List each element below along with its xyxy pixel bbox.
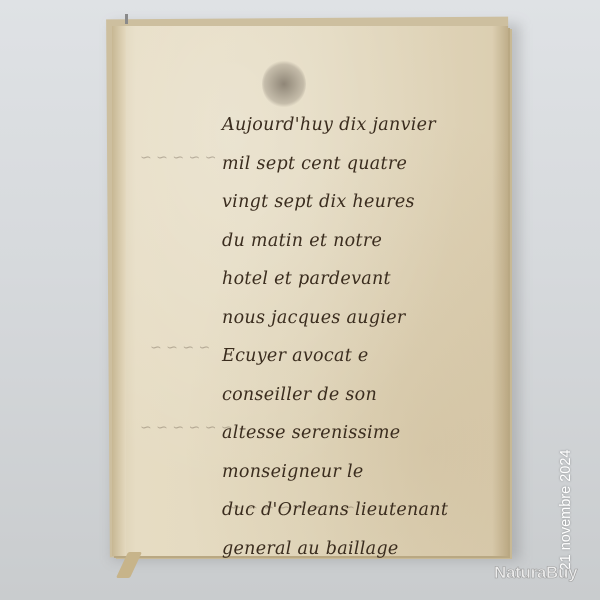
manuscript-line: du matin et notre: [222, 222, 512, 261]
manuscript-line: nous jacques augier: [222, 299, 512, 338]
date-stamp: 21 novembre 2024: [558, 450, 574, 571]
ink-bleed: ~ ~ ~ ~: [150, 340, 210, 356]
page-fold: [112, 26, 126, 556]
manuscript-line: altesse serenissime: [222, 414, 512, 453]
manuscript-line: hotel et pardevant: [222, 260, 512, 299]
handwritten-text: Aujourd'huy dix janvier mil sept cent qu…: [222, 106, 512, 568]
stamp-seal-icon: [262, 60, 306, 108]
manuscript-line: Aujourd'huy dix janvier: [222, 106, 512, 145]
manuscript-line: duc d'Orleans lieutenant: [222, 491, 512, 530]
ink-bleed: ~ ~ ~ ~ ~: [140, 150, 216, 166]
manuscript-line: conseiller de son: [222, 376, 512, 415]
pin-icon: [125, 14, 128, 24]
manuscript-line: monseigneur le: [222, 453, 512, 492]
manuscript-line: general au baillage: [222, 530, 512, 569]
manuscript-line: vingt sept dix heures: [222, 183, 512, 222]
manuscript-line: Ecuyer avocat e: [222, 337, 512, 376]
watermark-logo: NaturaBuy: [494, 563, 577, 583]
manuscript-line: mil sept cent quatre: [222, 145, 512, 184]
ink-bleed: ~ ~ ~ ~ ~ ~: [140, 420, 233, 436]
